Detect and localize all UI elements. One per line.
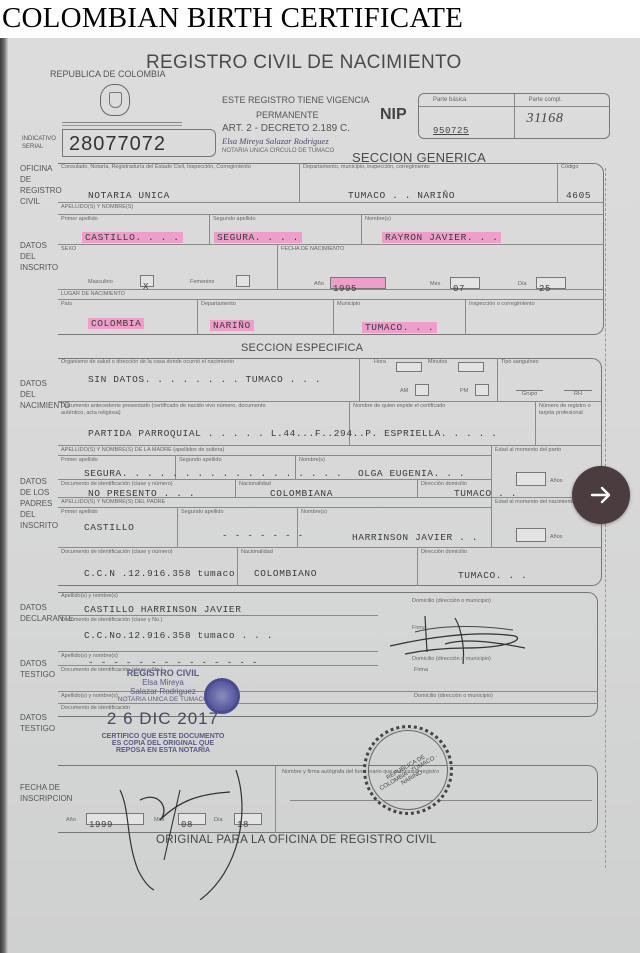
hour-box: [396, 362, 422, 372]
father-address-cell: Dirección domicilio TUMACO. . .: [418, 548, 602, 586]
nip-basic-label: Parte básica: [419, 94, 514, 107]
given-names-value: RAYRON JAVIER. . .: [382, 232, 501, 243]
photo-edge: [0, 38, 8, 953]
father-names: HARRINSON JAVIER . .: [352, 532, 478, 543]
serial-label: INDICATIVO SERIAL: [22, 135, 60, 151]
father-second-surname-cell: Segundo apellido - - - - - - -: [178, 508, 298, 548]
birth-department: NARIÑO: [210, 320, 254, 331]
declarant-name-cell: Apellido(s) y nombre(s) CASTILLO HARRINS…: [58, 592, 378, 616]
office-value: NOTARIA UNICA: [88, 190, 170, 201]
mother-names: OLGA EUGENIA. . .: [358, 468, 465, 479]
municipality-value: TUMACO . . NARIÑO: [348, 190, 455, 201]
code-cell: Código 4605: [558, 163, 604, 203]
father-first-surname: CASTILLO: [84, 522, 134, 533]
mother-first-surname-cell: Primer apellido SEGURA. . . . . . . . . …: [58, 456, 176, 480]
sex-cell: SEXO Masculino X Femenino: [58, 245, 278, 290]
declarant-doc-cell: Documento de identificación (clase y No.…: [58, 616, 378, 652]
side-label-birth: DATOS DEL NACIMIENTO: [20, 378, 60, 411]
certifier-cell: Nombre de quien expide el certificado: [350, 402, 536, 446]
office-cell: Consulado, Notaría, Registraduría del Es…: [58, 163, 300, 203]
notary-seal-icon: [204, 678, 240, 714]
father-nationality: COLOMBIANO: [254, 568, 317, 579]
declarant-address-label: Domicilio (dirección o municipio): [412, 598, 491, 604]
birth-date-cell: FECHA DE NACIMIENTO Año 1995 Mes 07 Día …: [278, 245, 604, 290]
male-checkbox[interactable]: X: [140, 275, 154, 287]
notary-office: NOTARIA UNICA CIRCULO DE TUMACO: [222, 148, 334, 154]
father-address: TUMACO. . .: [458, 570, 527, 581]
father-first-surname-cell: Primer apellido CASTILLO: [58, 508, 178, 548]
father-doc: C.C.N .12.916.358 tumaco: [84, 568, 235, 579]
declarant-name: CASTILLO HARRINSON JAVIER: [84, 604, 242, 615]
nip-complementary: Parte compl. 31168: [514, 94, 610, 138]
crest-caption: [62, 122, 182, 126]
coat-of-arms-icon: [100, 84, 130, 116]
form-title: REGISTRO CIVIL DE NACIMIENTO: [146, 52, 462, 74]
side-label-parents: DATOS DE LOS PADRES DEL INSCRITO: [20, 476, 60, 531]
father-doc-cell: Documento de identificación (clase y núm…: [58, 548, 238, 586]
female-checkbox[interactable]: [236, 275, 250, 287]
side-label-registrant: DATOS DEL INSCRITO: [20, 240, 60, 273]
validity-stamp-line: PERMANENTE: [256, 110, 319, 120]
nip-basic: Parte básica 950725: [419, 94, 514, 138]
next-button[interactable]: [572, 466, 630, 524]
health-org-value: SIN DATOS. . . . . . . . TUMACO . . .: [88, 374, 321, 385]
mother-names-cell: Nombre(s) OLGA EUGENIA. . .: [296, 456, 492, 480]
father-age-box: [516, 528, 546, 542]
birth-time-cell: Hora Minutos AM PM: [360, 358, 498, 402]
health-org-cell: Organismo de salud o dirección de la cas…: [58, 358, 360, 402]
father-header: APELLIDO(S) Y NOMBRE(S) DEL PADRE: [58, 498, 492, 508]
mother-nationality-cell: Nacionalidad COLOMBIANA: [236, 480, 418, 498]
father-nationality-cell: Nacionalidad COLOMBIANO: [238, 548, 418, 586]
mother-second-surname-cell: Segundo apellido: [176, 456, 296, 480]
municipality-cell: Departamento, municipio, inspección, cor…: [300, 163, 558, 203]
footer-text: ORIGINAL PARA LA OFICINA DE REGISTRO CIV…: [156, 834, 436, 846]
code-value: 4605: [566, 190, 591, 201]
nip-complementary-label: Parte compl.: [515, 94, 610, 107]
nip-box: Parte básica 950725 Parte compl. 31168: [418, 93, 610, 139]
am-box: [415, 384, 429, 396]
serial-number: 28077072: [69, 133, 166, 156]
registry-number-cell: Número de registro o tarjeta profesional: [536, 402, 602, 446]
validity-stamp-line: ESTE REGISTRO TIENE VIGENCIA: [222, 95, 369, 105]
birth-country: COLOMBIA: [88, 318, 144, 329]
page-title: COLOMBIAN BIRTH CERTIFICATE: [2, 2, 463, 35]
nip-complementary-value: 31168: [527, 111, 564, 127]
mother-age-box: [516, 472, 546, 486]
birthplace-header: LUGAR DE NACIMIENTO: [58, 290, 604, 300]
mother-doc-cell: Documento de identificación (clase y núm…: [58, 480, 236, 498]
side-label-witness2: DATOS TESTIGO: [20, 712, 60, 734]
specific-section-title: SECCION ESPECIFICA: [241, 342, 363, 354]
nip-label: NIP: [380, 106, 407, 124]
country-label: REPUBLICA DE COLOMBIA: [50, 69, 166, 79]
birth-municipality: TUMACO. . .: [362, 322, 437, 333]
witness1-name-cell: Apellido(s) y nombre(s) - - - - - - - - …: [58, 652, 378, 666]
serial-box: 28077072: [62, 129, 216, 157]
birth-year: 1995: [330, 277, 386, 289]
official-seal-icon: REPUBLICA DE COLOMBIA · TUMACO · NARIÑO: [363, 725, 453, 815]
declarant-doc: C.C.No.12.916.358 tumaco . . .: [84, 630, 273, 641]
side-label-office: OFICINA DE REGISTRO CIVIL: [20, 163, 60, 207]
mother-address-cell: Dirección domicilio TUMACO . .: [418, 480, 492, 498]
second-surname-cell: Segundo apellido SEGURA. . . .: [210, 215, 362, 245]
antecedent-doc-cell: Documento antecedente presentado (certif…: [58, 402, 350, 446]
first-surname-value: CASTILLO. . . .: [82, 232, 183, 243]
given-names-cell: Nombre(s) RAYRON JAVIER. . .: [362, 215, 604, 245]
first-surname-cell: Primer apellido CASTILLO. . . .: [58, 215, 210, 245]
names-header: APELLIDO(S) Y NOMBRE(S): [58, 203, 604, 215]
country-cell: País COLOMBIA: [58, 300, 198, 335]
birth-municipality-cell: Municipio TUMACO. . .: [334, 300, 466, 335]
arrow-right-icon: [589, 483, 613, 507]
birth-day: 25: [536, 277, 566, 289]
inspection-cell: Inspección o corregimiento: [466, 300, 604, 335]
minutes-box: [458, 362, 484, 372]
second-surname-value: SEGURA. . . .: [214, 232, 302, 243]
department-cell: Departamento NARIÑO: [198, 300, 334, 335]
notary-name: Elsa Mireya Salazar Rodriguez: [222, 136, 329, 146]
pm-box: [475, 384, 489, 396]
side-label-witness1: DATOS TESTIGO: [20, 658, 60, 680]
birth-month: 07: [450, 277, 480, 289]
father-names-cell: Nombre(s) HARRINSON JAVIER . .: [298, 508, 492, 548]
mother-header: APELLIDO(S) Y NOMBRE(S) DE LA MADRE (ape…: [58, 446, 492, 456]
witness1-address-label: Domicilio (dirección o municipio): [412, 656, 491, 662]
side-label-declarant: DATOS DECLARANTE: [20, 602, 60, 624]
blood-type-cell: Tipo sanguíneo Grupo RH: [498, 358, 602, 402]
side-label-inscription-date: FECHA DE INSCRIPCION: [20, 782, 60, 804]
father-second-surname: - - - - - - -: [222, 530, 304, 541]
validity-stamp-line: ART. 2 - DECRETO 2.189 C.: [222, 123, 350, 134]
nip-basic-value: 950725: [433, 126, 469, 136]
